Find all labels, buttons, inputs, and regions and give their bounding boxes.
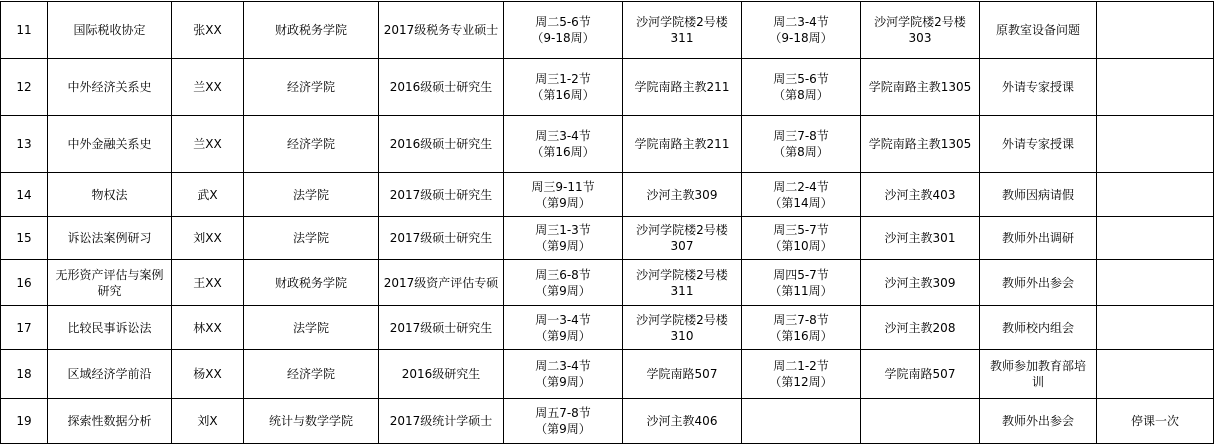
cell-new-room[interactable] <box>861 399 980 444</box>
cell-line: 原教室设备问题 <box>982 22 1094 38</box>
cell-line: 教师外出参会 <box>982 275 1094 291</box>
cell-class[interactable]: 2017级资产评估专硕 <box>379 260 504 306</box>
table-row: 19探索性数据分析刘X统计与数学学院2017级统计学硕士周五7-8节（第9周）沙… <box>1 399 1214 444</box>
cell-teacher[interactable]: 兰XX <box>172 59 244 116</box>
cell-text: 19 <box>16 414 31 428</box>
cell-no[interactable]: 11 <box>1 2 48 59</box>
cell-line: 周三3-4节 <box>506 128 620 144</box>
cell-orig-time[interactable]: 周三3-4节（第16周） <box>504 116 623 173</box>
cell-text: 2017级硕士研究生 <box>390 231 493 245</box>
cell-text: 法学院 <box>293 321 329 335</box>
cell-new-time[interactable]: 周三5-6节（第8周） <box>742 59 861 116</box>
table-row: 18区域经济学前沿杨XX经济学院2016级研究生周二3-4节（第9周）学院南路5… <box>1 350 1214 399</box>
cell-new-room[interactable]: 沙河学院楼2号楼303 <box>861 2 980 59</box>
cell-line: 周三5-6节 <box>744 71 858 87</box>
cell-new-time[interactable]: 周二3-4节（9-18周） <box>742 2 861 59</box>
cell-teacher[interactable]: 兰XX <box>172 116 244 173</box>
cell-text: 物权法 <box>91 188 127 202</box>
cell-reason[interactable]: 教师外出参会 <box>980 260 1097 306</box>
cell-text: 经济学院 <box>287 80 335 94</box>
cell-line: （第8周） <box>744 144 858 160</box>
cell-line: 周二3-4节 <box>506 358 620 374</box>
cell-line: 学院南路主教211 <box>625 136 739 152</box>
cell-text: 11 <box>16 23 31 37</box>
cell-text: 中外经济关系史 <box>67 80 151 94</box>
cell-line: （第9周） <box>506 195 620 211</box>
cell-orig-room[interactable]: 学院南路主教211 <box>623 116 742 173</box>
cell-teacher[interactable]: 杨XX <box>172 350 244 399</box>
cell-line: （第8周） <box>744 87 858 103</box>
cell-line: 沙河主教406 <box>625 413 739 429</box>
cell-new-time[interactable]: 周三7-8节（第16周） <box>742 306 861 350</box>
cell-line: 周三1-2节 <box>506 71 620 87</box>
cell-line: 周一3-4节 <box>506 312 620 328</box>
cell-school[interactable]: 财政税务学院 <box>244 2 379 59</box>
cell-reason[interactable]: 教师参加教育部培训 <box>980 350 1097 399</box>
cell-note[interactable] <box>1097 2 1214 59</box>
cell-orig-room[interactable]: 沙河学院楼2号楼310 <box>623 306 742 350</box>
cell-text: 武X <box>197 188 217 202</box>
cell-no[interactable]: 12 <box>1 59 48 116</box>
cell-line: 教师校内组会 <box>982 320 1094 336</box>
cell-line: 周二1-2节 <box>744 358 858 374</box>
cell-orig-time[interactable]: 周三1-2节（第16周） <box>504 59 623 116</box>
cell-reason[interactable]: 外请专家授课 <box>980 59 1097 116</box>
cell-line: 周四5-7节 <box>744 267 858 283</box>
cell-note[interactable] <box>1097 173 1214 217</box>
cell-line: 沙河主教309 <box>863 275 977 291</box>
cell-school[interactable]: 经济学院 <box>244 350 379 399</box>
cell-text: 王XX <box>193 276 221 290</box>
cell-class[interactable]: 2017级硕士研究生 <box>379 173 504 217</box>
cell-class[interactable]: 2016级硕士研究生 <box>379 116 504 173</box>
cell-reason[interactable]: 外请专家授课 <box>980 116 1097 173</box>
cell-no[interactable]: 15 <box>1 217 48 260</box>
cell-text: 2016级研究生 <box>402 367 481 381</box>
cell-line: 沙河主教208 <box>863 320 977 336</box>
cell-reason[interactable]: 教师校内组会 <box>980 306 1097 350</box>
cell-text: 2017级统计学硕士 <box>390 414 493 428</box>
cell-new-time[interactable]: 周三5-7节（第10周） <box>742 217 861 260</box>
cell-text: 兰XX <box>193 80 221 94</box>
cell-line: 303 <box>863 30 977 46</box>
cell-school[interactable]: 财政税务学院 <box>244 260 379 306</box>
cell-note[interactable] <box>1097 59 1214 116</box>
cell-school[interactable]: 法学院 <box>244 217 379 260</box>
cell-line: （第9周） <box>506 328 620 344</box>
cell-text: 2017级税务专业硕士 <box>384 23 499 37</box>
cell-line: （第16周） <box>744 328 858 344</box>
cell-no[interactable]: 14 <box>1 173 48 217</box>
cell-new-time[interactable] <box>742 399 861 444</box>
cell-text: 国际税收协定 <box>73 23 145 37</box>
cell-class[interactable]: 2016级硕士研究生 <box>379 59 504 116</box>
cell-text: 17 <box>16 321 31 335</box>
cell-note[interactable] <box>1097 350 1214 399</box>
cell-line: 外请专家授课 <box>982 79 1094 95</box>
cell-school[interactable]: 法学院 <box>244 173 379 217</box>
cell-orig-time[interactable]: 周三9-11节（第9周） <box>504 173 623 217</box>
cell-no[interactable]: 18 <box>1 350 48 399</box>
cell-orig-room[interactable]: 学院南路507 <box>623 350 742 399</box>
cell-text: 停课一次 <box>1131 414 1179 428</box>
cell-text: 14 <box>16 188 31 202</box>
cell-orig-time[interactable]: 周二3-4节（第9周） <box>504 350 623 399</box>
cell-class[interactable]: 2017级税务专业硕士 <box>379 2 504 59</box>
cell-text: 探索性数据分析 <box>67 414 151 428</box>
table-row: 14物权法武X法学院2017级硕士研究生周三9-11节（第9周）沙河主教309周… <box>1 173 1214 217</box>
cell-line: 周三6-8节 <box>506 267 620 283</box>
cell-line: 训 <box>982 374 1094 390</box>
cell-line: 沙河学院楼2号楼 <box>625 222 739 238</box>
table-row: 17比较民事诉讼法林XX法学院2017级硕士研究生周一3-4节（第9周）沙河学院… <box>1 306 1214 350</box>
cell-school[interactable]: 经济学院 <box>244 116 379 173</box>
cell-text: 刘XX <box>193 231 221 245</box>
cell-new-room[interactable]: 沙河主教403 <box>861 173 980 217</box>
cell-no[interactable]: 19 <box>1 399 48 444</box>
cell-line: 外请专家授课 <box>982 136 1094 152</box>
cell-school[interactable]: 经济学院 <box>244 59 379 116</box>
cell-line: 周二3-4节 <box>744 14 858 30</box>
cell-note[interactable] <box>1097 306 1214 350</box>
cell-text: 张XX <box>193 23 221 37</box>
cell-line: 307 <box>625 238 739 254</box>
cell-new-time[interactable]: 周二1-2节（第12周） <box>742 350 861 399</box>
cell-line: 教师因病请假 <box>982 187 1094 203</box>
cell-course[interactable]: 国际税收协定 <box>48 2 172 59</box>
cell-line: 周三9-11节 <box>506 179 620 195</box>
cell-line: 周五7-8节 <box>506 405 620 421</box>
cell-line: （9-18周） <box>744 30 858 46</box>
cell-course[interactable]: 探索性数据分析 <box>48 399 172 444</box>
cell-line: 教师参加教育部培 <box>982 358 1094 374</box>
cell-text: 法学院 <box>293 231 329 245</box>
cell-new-time[interactable]: 周二2-4节（第14周） <box>742 173 861 217</box>
cell-line: （第12周） <box>744 374 858 390</box>
cell-course[interactable]: 比较民事诉讼法 <box>48 306 172 350</box>
cell-note[interactable]: 停课一次 <box>1097 399 1214 444</box>
cell-reason[interactable]: 教师外出参会 <box>980 399 1097 444</box>
cell-new-room[interactable]: 沙河主教309 <box>861 260 980 306</box>
cell-line: （第16周） <box>506 87 620 103</box>
cell-school[interactable]: 法学院 <box>244 306 379 350</box>
cell-line: 周三7-8节 <box>744 312 858 328</box>
cell-course[interactable]: 中外金融关系史 <box>48 116 172 173</box>
cell-new-room[interactable]: 学院南路507 <box>861 350 980 399</box>
cell-reason[interactable]: 教师外出调研 <box>980 217 1097 260</box>
cell-line: 沙河学院楼2号楼 <box>625 267 739 283</box>
cell-line: （第11周） <box>744 283 858 299</box>
cell-orig-time[interactable]: 周一3-4节（第9周） <box>504 306 623 350</box>
cell-new-room[interactable]: 沙河主教208 <box>861 306 980 350</box>
cell-teacher[interactable]: 刘XX <box>172 217 244 260</box>
cell-teacher[interactable]: 张XX <box>172 2 244 59</box>
cell-text: 2016级硕士研究生 <box>390 80 493 94</box>
cell-line: 学院南路主教1305 <box>863 79 977 95</box>
cell-orig-room[interactable]: 沙河学院楼2号楼311 <box>623 260 742 306</box>
cell-class[interactable]: 2017级硕士研究生 <box>379 217 504 260</box>
cell-orig-time[interactable]: 周三1-3节（第9周） <box>504 217 623 260</box>
cell-line: 沙河学院楼2号楼 <box>625 14 739 30</box>
cell-line: （第9周） <box>506 421 620 437</box>
cell-line: 周二2-4节 <box>744 179 858 195</box>
cell-text: 兰XX <box>193 137 221 151</box>
cell-no[interactable]: 16 <box>1 260 48 306</box>
cell-orig-room[interactable]: 沙河学院楼2号楼311 <box>623 2 742 59</box>
cell-class[interactable]: 2016级研究生 <box>379 350 504 399</box>
cell-new-time[interactable]: 周三7-8节（第8周） <box>742 116 861 173</box>
cell-course[interactable]: 诉讼法案例研习 <box>48 217 172 260</box>
table-row: 15诉讼法案例研习刘XX法学院2017级硕士研究生周三1-3节（第9周）沙河学院… <box>1 217 1214 260</box>
cell-text: 林XX <box>193 321 221 335</box>
cell-text: 15 <box>16 231 31 245</box>
cell-text: 2017级资产评估专硕 <box>384 276 499 290</box>
cell-no[interactable]: 17 <box>1 306 48 350</box>
cell-orig-room[interactable]: 学院南路主教211 <box>623 59 742 116</box>
cell-line: 沙河主教301 <box>863 230 977 246</box>
cell-teacher[interactable]: 刘X <box>172 399 244 444</box>
cell-line: 沙河学院楼2号楼 <box>625 312 739 328</box>
cell-line: 学院南路主教211 <box>625 79 739 95</box>
cell-text: 18 <box>16 367 31 381</box>
cell-text: 法学院 <box>293 188 329 202</box>
cell-note[interactable] <box>1097 217 1214 260</box>
cell-line: 311 <box>625 283 739 299</box>
cell-line: 周三7-8节 <box>744 128 858 144</box>
cell-orig-room[interactable]: 沙河主教309 <box>623 173 742 217</box>
cell-note[interactable] <box>1097 260 1214 306</box>
cell-orig-time[interactable]: 周二5-6节（9-18周） <box>504 2 623 59</box>
cell-text: 2017级硕士研究生 <box>390 188 493 202</box>
cell-text: 诉讼法案例研习 <box>67 231 151 245</box>
cell-line: 学院南路主教1305 <box>863 136 977 152</box>
cell-line: 周二5-6节 <box>506 14 620 30</box>
cell-no[interactable]: 13 <box>1 116 48 173</box>
table-body: 11国际税收协定张XX财政税务学院2017级税务专业硕士周二5-6节（9-18周… <box>1 2 1214 444</box>
table-row: 12中外经济关系史兰XX经济学院2016级硕士研究生周三1-2节（第16周）学院… <box>1 59 1214 116</box>
cell-line: 教师外出参会 <box>982 413 1094 429</box>
cell-line: （第14周） <box>744 195 858 211</box>
cell-line: （第9周） <box>506 238 620 254</box>
cell-line: （第9周） <box>506 374 620 390</box>
cell-orig-time[interactable]: 周五7-8节（第9周） <box>504 399 623 444</box>
cell-reason[interactable]: 教师因病请假 <box>980 173 1097 217</box>
cell-text: 区域经济学前沿 <box>67 367 151 381</box>
cell-line: 沙河主教309 <box>625 187 739 203</box>
cell-line: 教师外出调研 <box>982 230 1094 246</box>
cell-course[interactable]: 区域经济学前沿 <box>48 350 172 399</box>
cell-text: 2016级硕士研究生 <box>390 137 493 151</box>
cell-line: （第16周） <box>506 144 620 160</box>
cell-text: 统计与数学学院 <box>269 414 353 428</box>
table-row: 16无形资产评估与案例研究王XX财政税务学院2017级资产评估专硕周三6-8节（… <box>1 260 1214 306</box>
cell-line: （9-18周） <box>506 30 620 46</box>
cell-line: 311 <box>625 30 739 46</box>
cell-text: 经济学院 <box>287 137 335 151</box>
cell-line: 学院南路507 <box>863 366 977 382</box>
cell-course[interactable]: 中外经济关系史 <box>48 59 172 116</box>
cell-text: 比较民事诉讼法 <box>67 321 151 335</box>
cell-new-time[interactable]: 周四5-7节（第11周） <box>742 260 861 306</box>
cell-line: 周三1-3节 <box>506 222 620 238</box>
cell-line: （第10周） <box>744 238 858 254</box>
cell-course[interactable]: 物权法 <box>48 173 172 217</box>
cell-reason[interactable]: 原教室设备问题 <box>980 2 1097 59</box>
cell-text: 经济学院 <box>287 367 335 381</box>
cell-new-room[interactable]: 沙河主教301 <box>861 217 980 260</box>
cell-orig-time[interactable]: 周三6-8节（第9周） <box>504 260 623 306</box>
cell-text: 13 <box>16 137 31 151</box>
table-row: 13中外金融关系史兰XX经济学院2016级硕士研究生周三3-4节（第16周）学院… <box>1 116 1214 173</box>
cell-note[interactable] <box>1097 116 1214 173</box>
cell-class[interactable]: 2017级统计学硕士 <box>379 399 504 444</box>
cell-teacher[interactable]: 王XX <box>172 260 244 306</box>
cell-text: 杨XX <box>193 367 221 381</box>
cell-orig-room[interactable]: 沙河主教406 <box>623 399 742 444</box>
cell-text: 财政税务学院 <box>275 23 347 37</box>
schedule-change-table: 11国际税收协定张XX财政税务学院2017级税务专业硕士周二5-6节（9-18周… <box>0 1 1214 444</box>
cell-line: 学院南路507 <box>625 366 739 382</box>
cell-text: 无形资产评估与案例研究 <box>55 268 163 298</box>
cell-school[interactable]: 统计与数学学院 <box>244 399 379 444</box>
table-row: 11国际税收协定张XX财政税务学院2017级税务专业硕士周二5-6节（9-18周… <box>1 2 1214 59</box>
cell-line: 沙河学院楼2号楼 <box>863 14 977 30</box>
cell-text: 2017级硕士研究生 <box>390 321 493 335</box>
cell-new-room[interactable]: 学院南路主教1305 <box>861 116 980 173</box>
cell-line: （第9周） <box>506 283 620 299</box>
cell-teacher[interactable]: 武X <box>172 173 244 217</box>
cell-course[interactable]: 无形资产评估与案例研究 <box>48 260 172 306</box>
cell-text: 12 <box>16 80 31 94</box>
cell-class[interactable]: 2017级硕士研究生 <box>379 306 504 350</box>
cell-text: 刘X <box>197 414 217 428</box>
cell-new-room[interactable]: 学院南路主教1305 <box>861 59 980 116</box>
cell-orig-room[interactable]: 沙河学院楼2号楼307 <box>623 217 742 260</box>
cell-line: 沙河主教403 <box>863 187 977 203</box>
cell-line: 周三5-7节 <box>744 222 858 238</box>
cell-line: 310 <box>625 328 739 344</box>
cell-teacher[interactable]: 林XX <box>172 306 244 350</box>
cell-text: 财政税务学院 <box>275 276 347 290</box>
cell-text: 16 <box>16 276 31 290</box>
cell-text: 中外金融关系史 <box>67 137 151 151</box>
